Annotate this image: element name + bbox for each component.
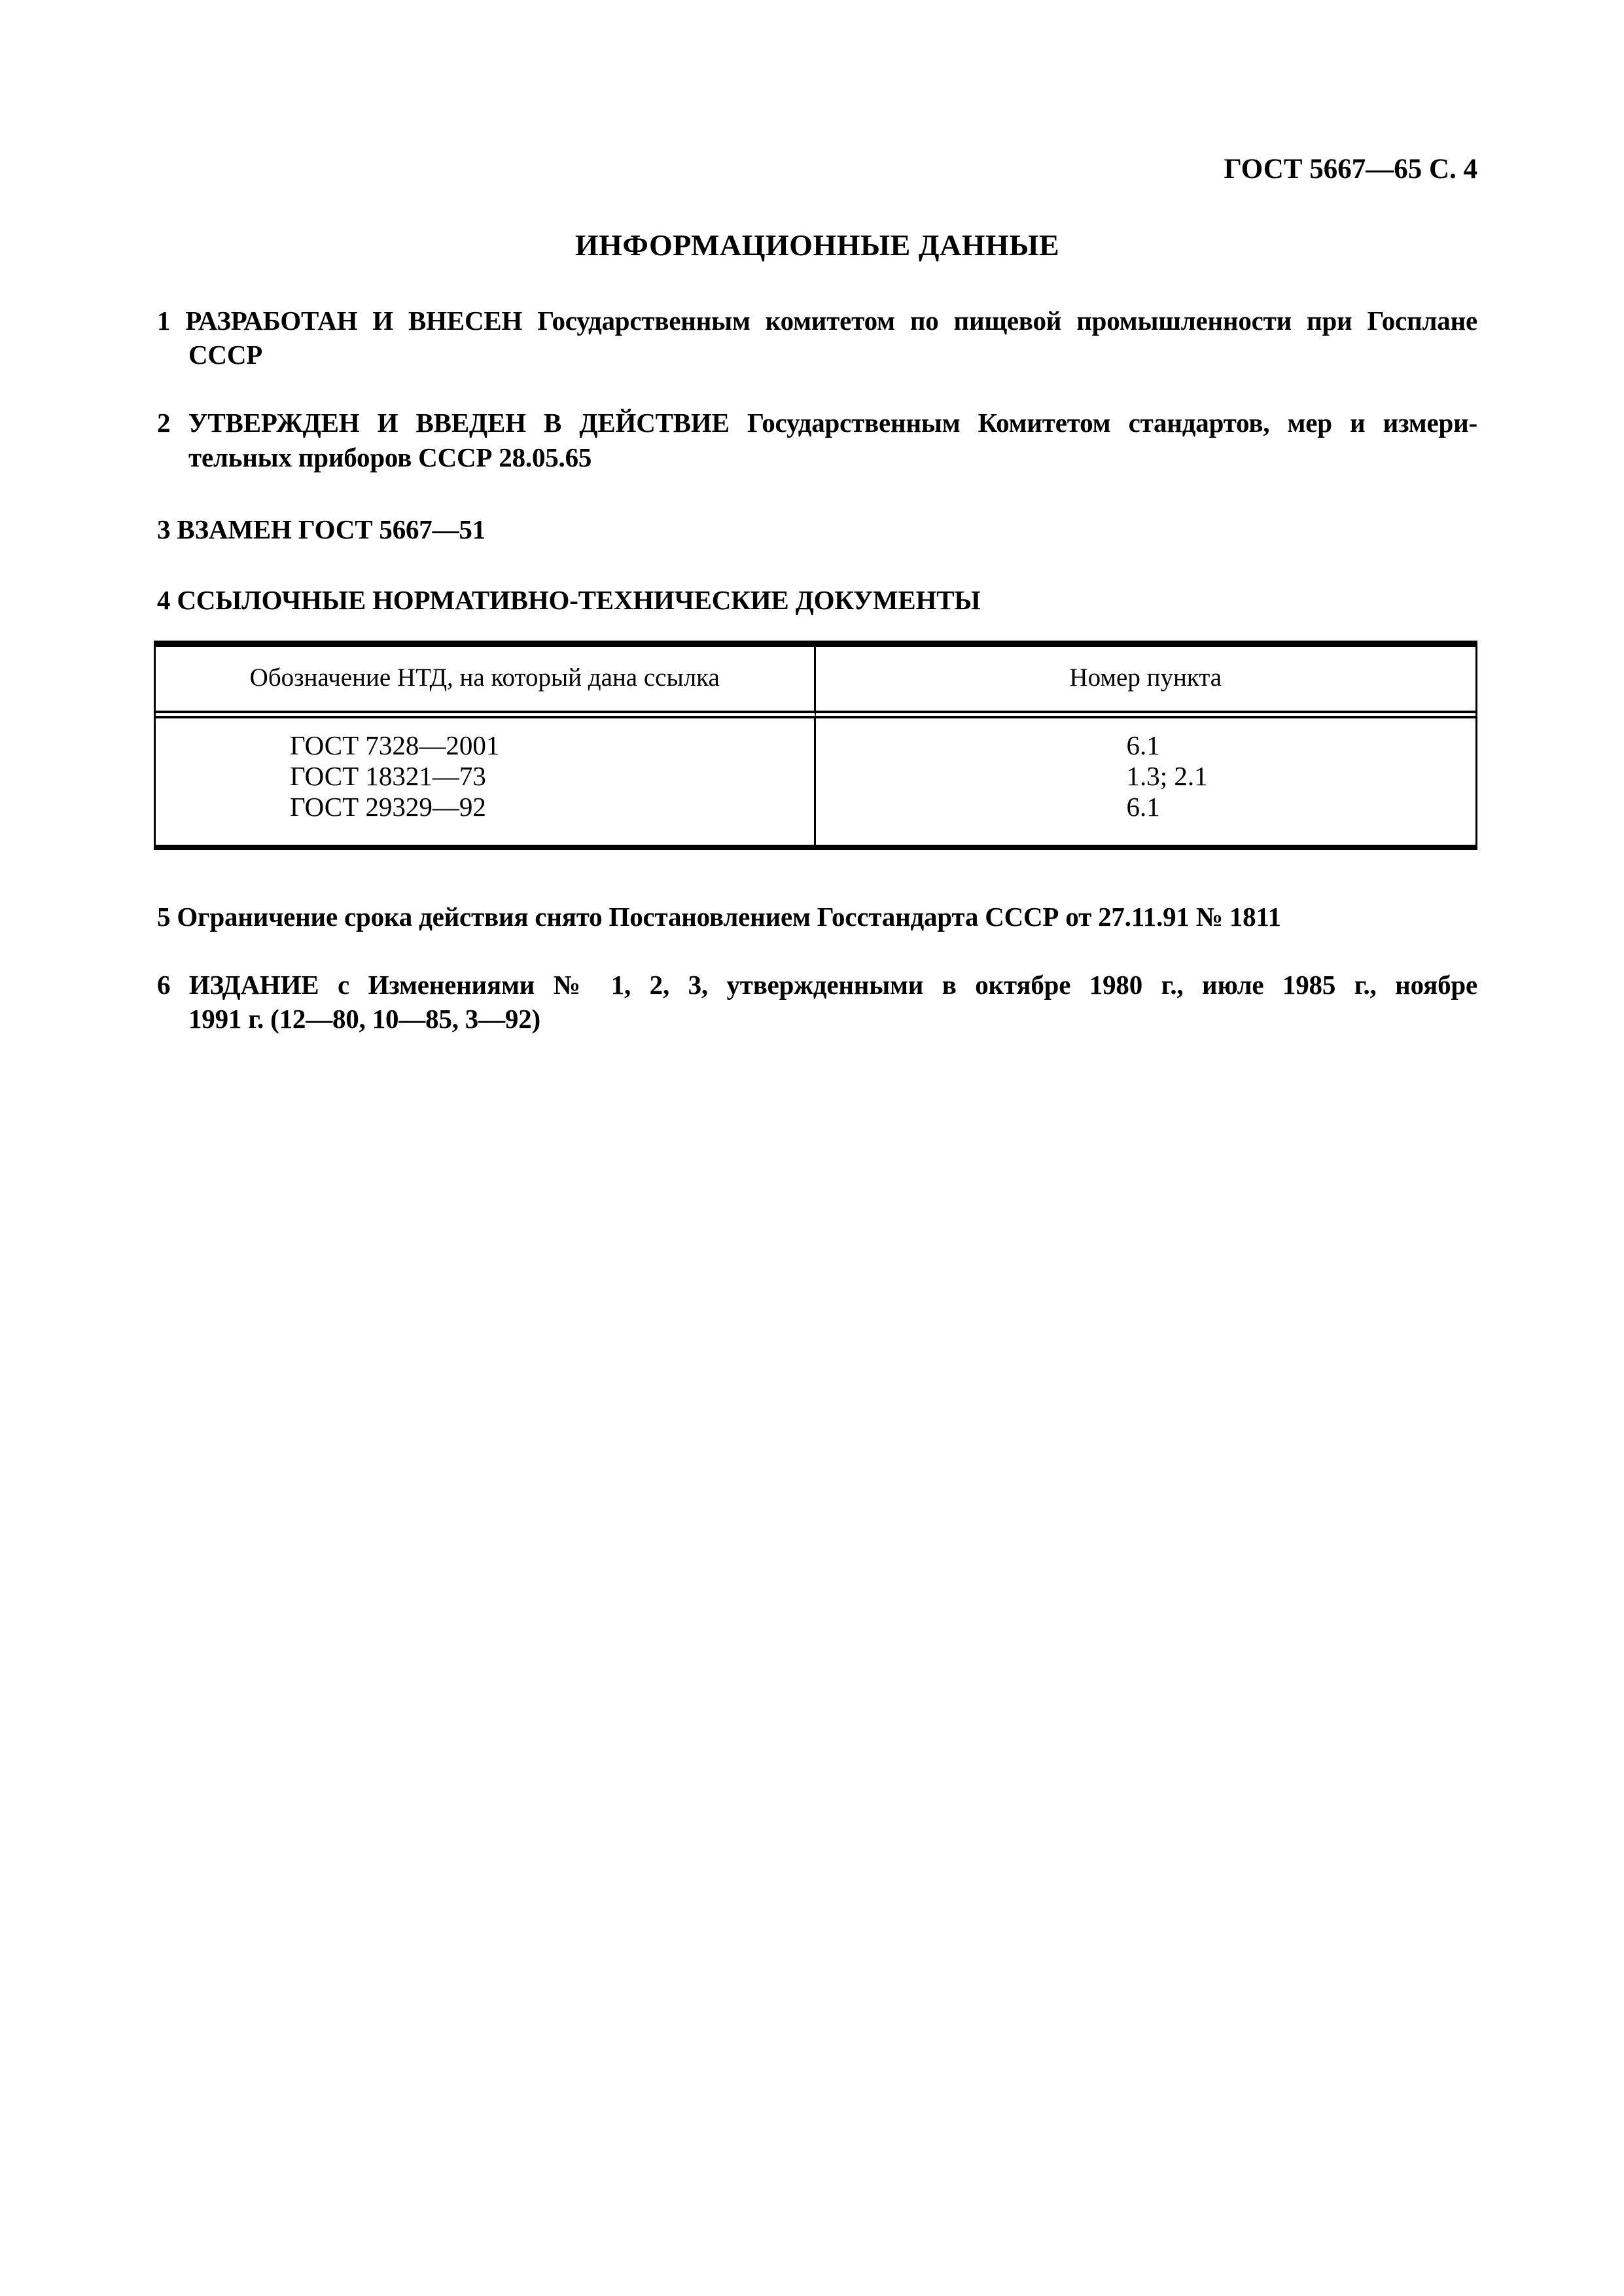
item-1: 1 РАЗРАБОТАН И ВНЕСЕН Государственным ко… <box>157 304 1477 372</box>
table-cell-document-row2: ГОСТ 18321—73 <box>290 761 814 792</box>
table-column-document: ГОСТ 7328—2001 ГОСТ 18321—73 ГОСТ 29329—… <box>156 718 816 845</box>
references-table: Обозначение НТД, на который дана ссылка … <box>154 641 1477 850</box>
item-5: 5 Ограничение срока действия снято Поста… <box>157 900 1477 934</box>
item-2-line-2: тельных приборов СССР 28.05.65 <box>188 440 1477 474</box>
table-cell-clause-row3: 6.1 <box>1127 792 1476 822</box>
item-5-line-1: 5 Ограничение срока действия снято Поста… <box>157 900 1477 934</box>
item-1-line-1: 1 РАЗРАБОТАН И ВНЕСЕН Государственным ко… <box>157 304 1477 338</box>
item-6-line-1: 6 ИЗДАНИЕ с Изменениями № 1, 2, 3, утвер… <box>157 968 1477 1002</box>
table-header-clause: Номер пункта <box>816 647 1476 718</box>
item-4: 4 ССЫЛОЧНЫЕ НОРМАТИВНО-ТЕХНИЧЕСКИЕ ДОКУМ… <box>157 583 1477 617</box>
item-3: 3 ВЗАМЕН ГОСТ 5667—51 <box>157 512 1477 546</box>
page-header: ГОСТ 5667—65 С. 4 <box>157 153 1477 185</box>
item-3-line-1: 3 ВЗАМЕН ГОСТ 5667—51 <box>157 512 1477 546</box>
document-page: ГОСТ 5667—65 С. 4 ИНФОРМАЦИОННЫЕ ДАННЫЕ … <box>0 0 1624 2296</box>
table-cell-document-row3: ГОСТ 29329—92 <box>290 792 814 822</box>
item-2-line-1: 2 УТВЕРЖДЕН И ВВЕДЕН В ДЕЙСТВИЕ Государс… <box>157 406 1477 440</box>
table-cell-clause-row1: 6.1 <box>1127 730 1476 761</box>
page-title: ИНФОРМАЦИОННЫЕ ДАННЫЕ <box>157 228 1477 263</box>
table-header-document: Обозначение НТД, на который дана ссылка <box>156 647 816 718</box>
table-column-clause: 6.1 1.3; 2.1 6.1 <box>816 718 1476 845</box>
item-6: 6 ИЗДАНИЕ с Изменениями № 1, 2, 3, утвер… <box>157 968 1477 1036</box>
references-table-grid: Обозначение НТД, на который дана ссылка … <box>156 647 1475 845</box>
item-6-line-2: 1991 г. (12—80, 10—85, 3—92) <box>188 1002 1477 1036</box>
item-2: 2 УТВЕРЖДЕН И ВВЕДЕН В ДЕЙСТВИЕ Государс… <box>157 406 1477 474</box>
table-cell-clause-row2: 1.3; 2.1 <box>1127 761 1476 792</box>
item-1-line-2: СССР <box>188 338 1477 372</box>
table-cell-document-row1: ГОСТ 7328—2001 <box>290 730 814 761</box>
item-4-line-1: 4 ССЫЛОЧНЫЕ НОРМАТИВНО-ТЕХНИЧЕСКИЕ ДОКУМ… <box>157 583 1477 617</box>
